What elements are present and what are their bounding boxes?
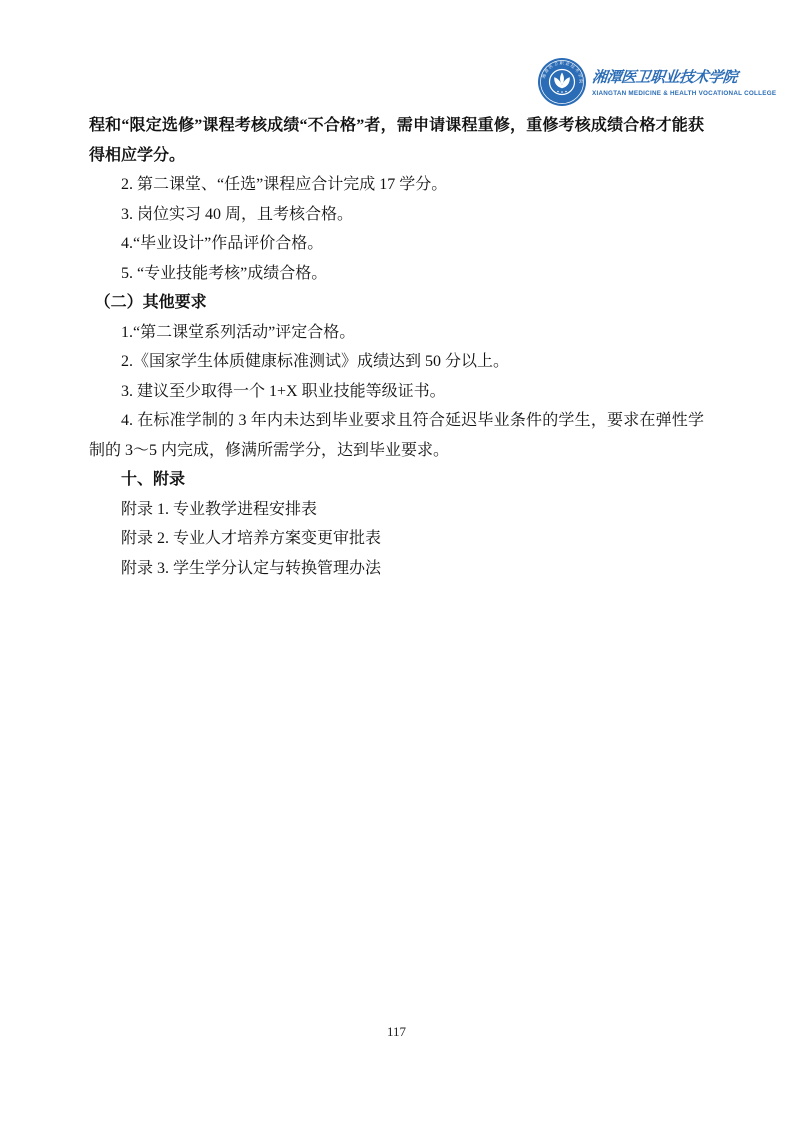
document-body: 程和“限定选修”课程考核成绩“不合格”者，需申请课程重修，重修考核成绩合格才能获… bbox=[89, 111, 704, 583]
list-item: 1.“第二课堂系列活动”评定合格。 bbox=[89, 318, 704, 348]
college-name-en: XIANGTAN MEDICINE & HEALTH VOCATIONAL CO… bbox=[592, 89, 776, 98]
appendix-item: 附录 1. 专业教学进程安排表 bbox=[89, 495, 704, 525]
document-page: 湘潭医卫职业技术学院 湘潭医卫职业技术学院 XIANGTAN MEDICINE … bbox=[0, 0, 793, 1122]
appendix-item: 附录 3. 学生学分认定与转换管理办法 bbox=[89, 554, 704, 584]
list-item: 2. 第二课堂、“任选”课程应合计完成 17 学分。 bbox=[89, 170, 704, 200]
page-number: 117 bbox=[0, 1023, 793, 1041]
list-item: 2.《国家学生体质健康标准测试》成绩达到 50 分以上。 bbox=[89, 347, 704, 377]
list-item: 4.“毕业设计”作品评价合格。 bbox=[89, 229, 704, 259]
college-logo: 湘潭医卫职业技术学院 湘潭医卫职业技术学院 XIANGTAN MEDICINE … bbox=[537, 57, 776, 107]
college-name-zh: 湘潭医卫职业技术学院 bbox=[591, 67, 778, 89]
list-item: 5. “专业技能考核”成绩合格。 bbox=[89, 259, 704, 289]
paragraph: 4. 在标准学制的 3 年内未达到毕业要求且符合延迟毕业条件的学生，要求在弹性学… bbox=[89, 406, 704, 465]
list-item: 3. 岗位实习 40 周，且考核合格。 bbox=[89, 200, 704, 230]
list-item: 3. 建议至少取得一个 1+X 职业技能等级证书。 bbox=[89, 377, 704, 407]
paragraph-continuation: 程和“限定选修”课程考核成绩“不合格”者，需申请课程重修，重修考核成绩合格才能获… bbox=[89, 111, 704, 170]
section-heading-other-requirements: （二）其他要求 bbox=[89, 288, 704, 318]
college-logo-text: 湘潭医卫职业技术学院 XIANGTAN MEDICINE & HEALTH VO… bbox=[592, 67, 776, 98]
chapter-heading-appendix: 十、附录 bbox=[89, 465, 704, 495]
college-seal-icon: 湘潭医卫职业技术学院 bbox=[537, 57, 587, 107]
appendix-item: 附录 2. 专业人才培养方案变更审批表 bbox=[89, 524, 704, 554]
